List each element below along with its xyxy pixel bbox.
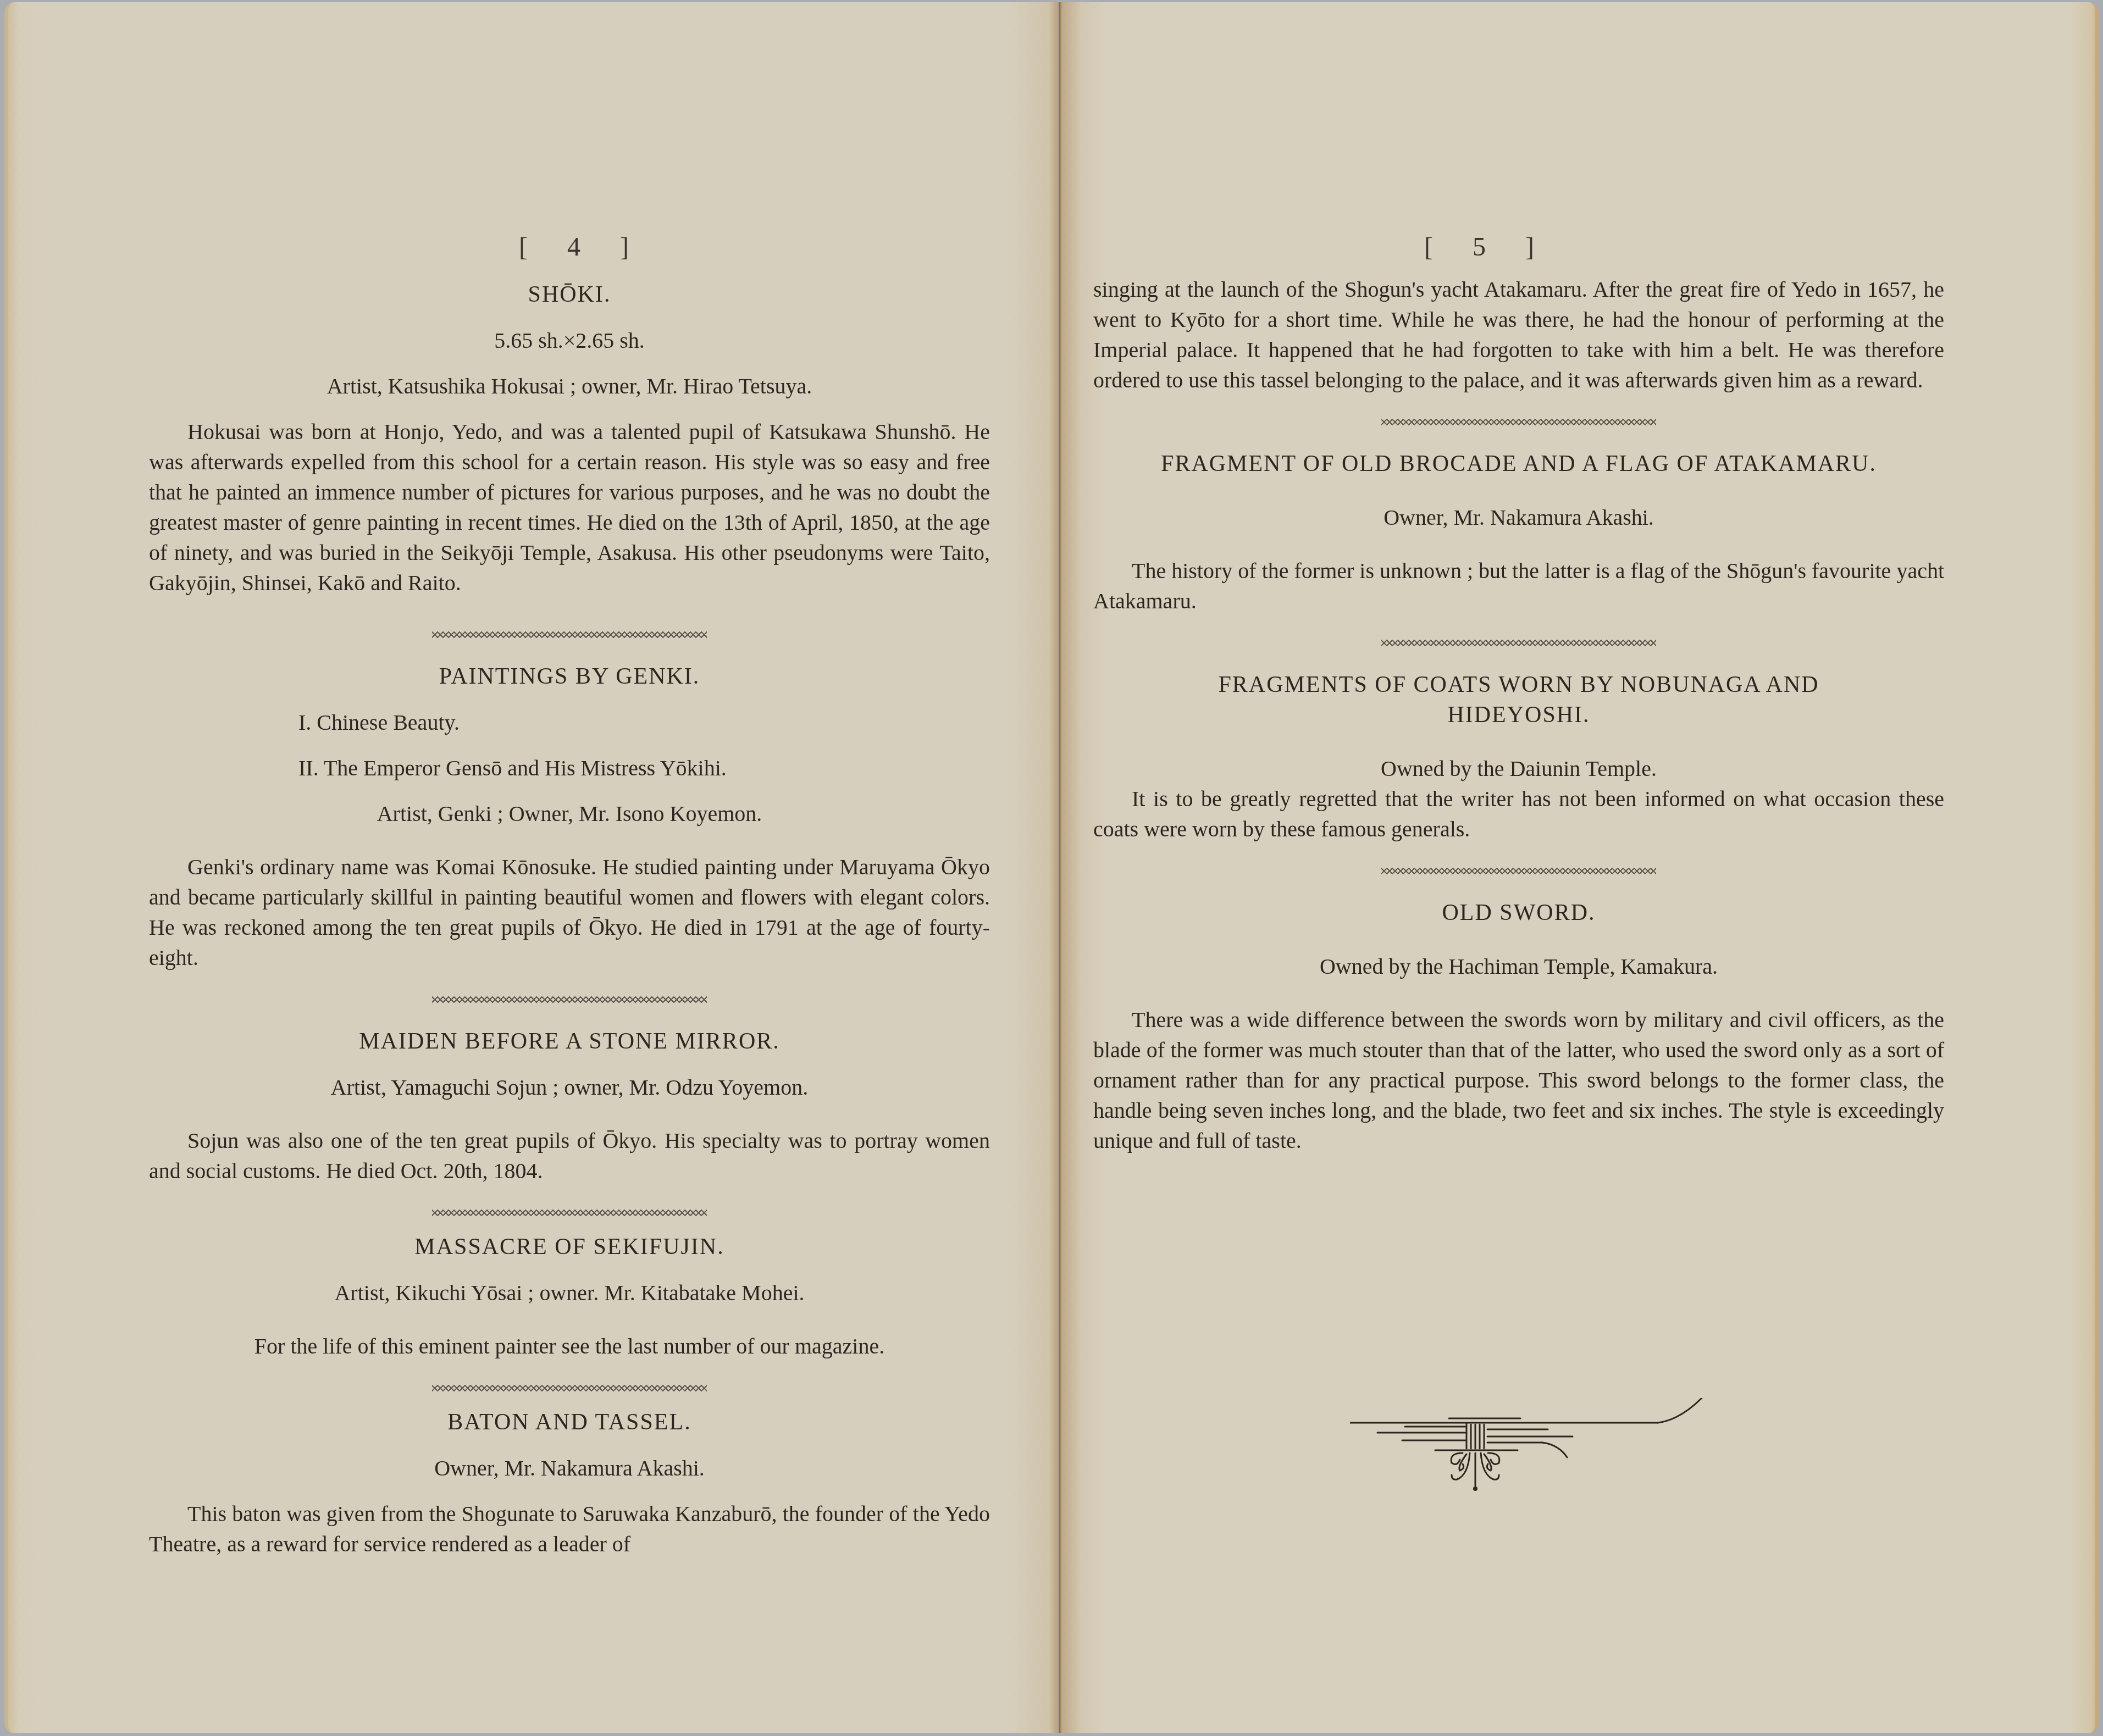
section-brocade: FRAGMENT OF OLD BROCADE AND A FLAG OF AT…	[1093, 449, 1944, 616]
section-body: Sojun was also one of the ten great pupi…	[149, 1125, 990, 1186]
wavy-divider	[432, 1209, 707, 1217]
dimensions: 5.65 sh.×2.65 sh.	[149, 325, 990, 356]
painting-item: II. The Emperor Gensō and His Mistress Y…	[298, 753, 990, 783]
painting-item: I. Chinese Beauty.	[298, 707, 990, 737]
credit-line: Owned by the Hachiman Temple, Kamakura.	[1093, 951, 1944, 981]
book-spread: [ 4 ] SHŌKI. 5.65 sh.×2.65 sh. Artist, K…	[0, 0, 2103, 1736]
section-baton: BATON AND TASSEL. Owner, Mr. Nakamura Ak…	[149, 1407, 990, 1559]
section-body: Hokusai was born at Honjo, Yedo, and was…	[149, 417, 990, 598]
section-title: PAINTINGS BY GENKI.	[149, 662, 990, 692]
section-body: The history of the former is unknown ; b…	[1093, 556, 1944, 616]
credit-line: Owner, Mr. Nakamura Akashi.	[1093, 502, 1944, 533]
section-title-line1: FRAGMENTS OF COATS WORN BY NOBUNAGA AND	[1093, 670, 1944, 700]
left-page: [ 4 ] SHŌKI. 5.65 sh.×2.65 sh. Artist, K…	[4, 2, 1058, 1733]
wavy-divider	[1381, 418, 1656, 426]
credit-line: Artist, Kikuchi Yōsai ; owner. Mr. Kitab…	[149, 1278, 990, 1308]
section-coats: FRAGMENTS OF COATS WORN BY NOBUNAGA AND …	[1093, 670, 1944, 844]
credit-line: Artist, Katsushika Hokusai ; owner, Mr. …	[149, 371, 990, 401]
wavy-divider	[1381, 639, 1656, 647]
page-number: [ 5 ]	[1424, 232, 1551, 262]
section-title: MAIDEN BEFORE A STONE MIRROR.	[149, 1027, 990, 1057]
tailpiece-ornament-icon	[1350, 1398, 1713, 1491]
page-number: [ 4 ]	[519, 232, 645, 262]
section-title: SHŌKI.	[149, 280, 990, 310]
wavy-divider	[432, 1384, 707, 1392]
credit-line: Owned by the Daiunin Temple.	[1093, 753, 1944, 784]
section-body: Genki's ordinary name was Komai Kōnosuke…	[149, 852, 990, 973]
credit-line: Artist, Yamaguchi Sojun ; owner, Mr. Odz…	[149, 1072, 990, 1102]
section-body: There was a wide difference between the …	[1093, 1005, 1944, 1156]
section-title-line2: HIDEYOSHI.	[1093, 700, 1944, 730]
credit-line: Artist, Genki ; Owner, Mr. Isono Koyemon…	[149, 798, 990, 829]
left-text-block: SHŌKI. 5.65 sh.×2.65 sh. Artist, Katsush…	[149, 280, 990, 1559]
wavy-divider	[1381, 867, 1656, 875]
section-massacre: MASSACRE OF SEKIFUJIN. Artist, Kikuchi Y…	[149, 1232, 990, 1361]
section-title: FRAGMENT OF OLD BROCADE AND A FLAG OF AT…	[1093, 449, 1944, 479]
credit-line: Owner, Mr. Nakamura Akashi.	[149, 1453, 990, 1483]
section-title: OLD SWORD.	[1093, 898, 1944, 928]
section-body: It is to be greatly regretted that the w…	[1093, 784, 1944, 844]
section-body: This baton was given from the Shogunate …	[149, 1499, 990, 1559]
section-body: For the life of this eminent painter see…	[149, 1331, 990, 1361]
section-title: BATON AND TASSEL.	[149, 1407, 990, 1438]
continued-paragraph: singing at the launch of the Shogun's ya…	[1093, 274, 1944, 395]
wavy-divider	[432, 996, 707, 1003]
wavy-divider	[432, 631, 707, 639]
section-maiden: MAIDEN BEFORE A STONE MIRROR. Artist, Ya…	[149, 1027, 990, 1186]
right-page: [ 5 ] singing at the launch of the Shogu…	[1059, 2, 2099, 1733]
section-sword: OLD SWORD. Owned by the Hachiman Temple,…	[1093, 898, 1944, 1156]
section-title: MASSACRE OF SEKIFUJIN.	[149, 1232, 990, 1262]
right-text-block: singing at the launch of the Shogun's ya…	[1093, 274, 1944, 1156]
section-shoki: SHŌKI. 5.65 sh.×2.65 sh. Artist, Katsush…	[149, 280, 990, 598]
section-genki: PAINTINGS BY GENKI. I. Chinese Beauty. I…	[149, 662, 990, 973]
